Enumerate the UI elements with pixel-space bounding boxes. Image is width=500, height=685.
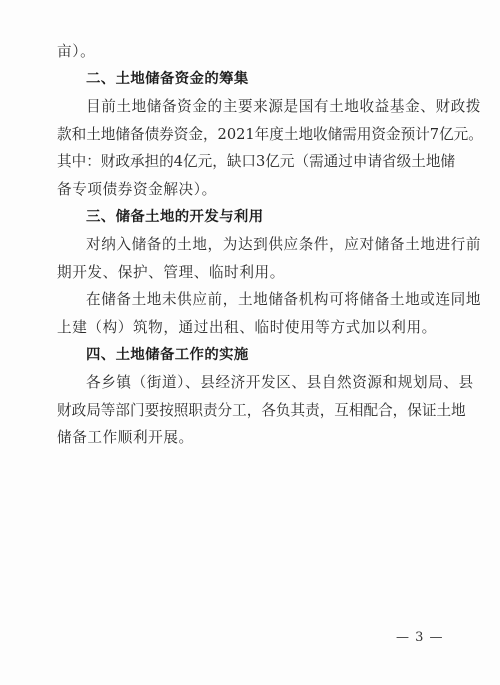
document-page: 亩）。 二、土地储备资金的筹集 目前土地储备资金的主要来源是国有土地收益基金、财… (0, 0, 500, 685)
text-line-10-content: 在储备土地未供应前，土地储备机构可将储备土地或连同地 (86, 286, 441, 314)
text-line-14: 财政局等部门要按照职责分工，各负其责，互相配合，保证土地 (57, 397, 441, 425)
section-heading-2: 二、土地储备资金的筹集 (57, 66, 441, 94)
text-line-15: 储备工作顺利开展。 (57, 424, 441, 452)
section-heading-3: 三、储备土地的开发与利用 (57, 204, 441, 232)
text-line-5: 其中：财政承担的4亿元，缺口3亿元（需通过申请省级土地储 (57, 148, 441, 176)
text-line-3-content: 目前土地储备资金的主要来源是国有土地收益基金、财政拨 (86, 93, 441, 121)
text-line-11: 上建（构）筑物，通过出租、临时使用等方式加以利用。 (57, 314, 441, 342)
text-line-13-content: 各乡镇（街道）、县经济开发区、县自然资源和规划局、县 (86, 369, 441, 397)
text-line-4: 款和土地储备债券资金，2021年度土地收储需用资金预计7亿元。 (57, 121, 441, 149)
text-line-13: 各乡镇（街道）、县经济开发区、县自然资源和规划局、县 (57, 369, 441, 397)
text-line-8-content: 对纳入储备的土地，为达到供应条件，应对储备土地进行前 (86, 231, 441, 259)
text-line-10: 在储备土地未供应前，土地储备机构可将储备土地或连同地 (57, 286, 441, 314)
text-line-1: 亩）。 (57, 38, 441, 66)
page-number: — 3 — (396, 630, 444, 645)
document-body: 亩）。 二、土地储备资金的筹集 目前土地储备资金的主要来源是国有土地收益基金、财… (57, 38, 441, 452)
section-heading-4: 四、土地储备工作的实施 (57, 342, 441, 370)
text-line-9: 期开发、保护、管理、临时利用。 (57, 259, 441, 287)
text-line-8: 对纳入储备的土地，为达到供应条件，应对储备土地进行前 (57, 231, 441, 259)
text-line-3: 目前土地储备资金的主要来源是国有土地收益基金、财政拨 (57, 93, 441, 121)
text-line-6: 备专项债券资金解决）。 (57, 176, 441, 204)
